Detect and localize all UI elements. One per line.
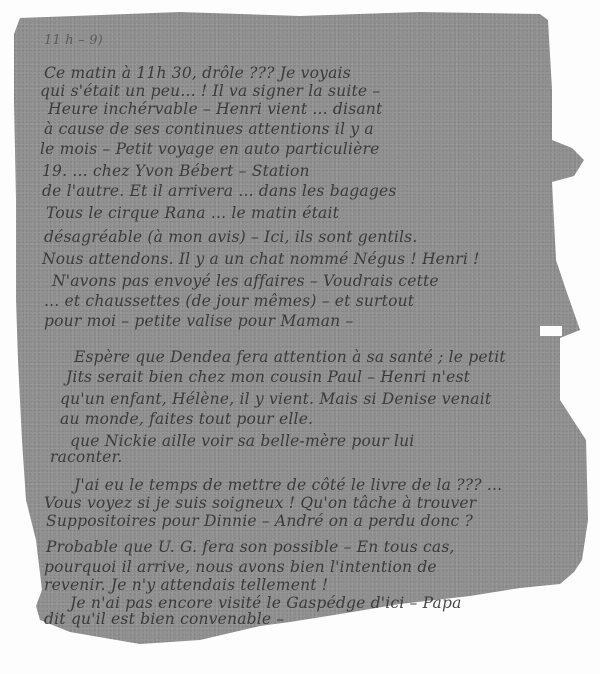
letter-line: Jits serait bien chez mon cousin Paul – … — [66, 368, 470, 386]
letter-line: qu'un enfant, Hélène, il y vient. Mais s… — [60, 390, 491, 408]
letter-line: de l'autre. Et il arrivera ... dans les … — [42, 182, 397, 200]
letter-line: Ce matin à 11h 30, drôle ??? Je voyais — [44, 64, 351, 82]
letter-line: raconter. — [50, 448, 122, 466]
letter-line: dit qu'il est bien convenable – — [44, 610, 284, 628]
letter-line: Heure inchérvable – Henri vient ... disa… — [48, 100, 382, 118]
letter-line: Espère que Dendea fera attention à sa sa… — [74, 348, 506, 366]
letter-line: Tous le cirque Rana ... le matin était — [46, 204, 339, 222]
letter-line: désagréable (à mon avis) – Ici, ils sont… — [44, 228, 417, 246]
letter-line: N'avons pas envoyé les affaires – Voudra… — [52, 272, 439, 290]
letter-line: J'ai eu le temps de mettre de côté le li… — [74, 476, 502, 494]
letter-line: Probable que U. G. fera son possible – E… — [46, 538, 455, 556]
letter-line: revenir. Je n'y attendais tellement ! — [44, 576, 328, 594]
scan-canvas: 11 h – 9) Ce matin à 11h 30, drôle ??? J… — [0, 0, 600, 674]
letter-line: qui s'était un peu... ! Il va signer la … — [40, 82, 380, 100]
letter-line: le mois – Petit voyage en auto particuli… — [40, 140, 379, 158]
letter-line: 19. ... chez Yvon Bébert – Station — [42, 162, 310, 180]
letter-line: Vous voyez si je suis soigneux ! Qu'on t… — [44, 494, 476, 512]
letter-line: au monde, faites tout pour elle. — [60, 410, 313, 428]
letter-line: Suppositoires pour Dinnie – André on a p… — [46, 512, 473, 530]
paper-hole — [540, 326, 562, 336]
letter-line: pour moi – petite valise pour Maman – — [44, 312, 353, 330]
letter-line: pourquoi il arrive, nous avons bien l'in… — [44, 558, 437, 576]
letter-line: à cause de ses continues attentions il y… — [44, 120, 374, 138]
letter-line: ... et chaussettes (de jour mêmes) – et … — [44, 292, 414, 310]
letter-line: Nous attendons. Il y a un chat nommé Nég… — [42, 250, 480, 268]
date-fragment: 11 h – 9) — [44, 32, 103, 50]
